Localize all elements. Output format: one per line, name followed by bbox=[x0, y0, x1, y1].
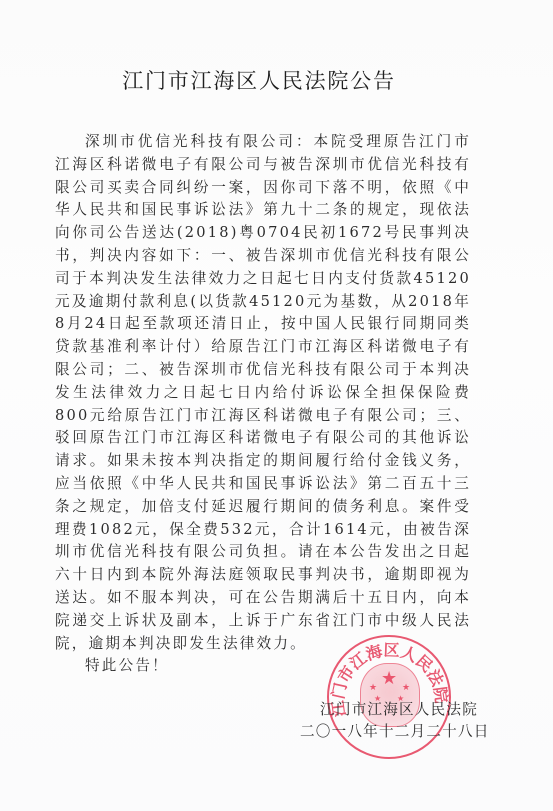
issue-date: 二〇一八年十二月二十八日 bbox=[300, 721, 478, 743]
issuer-name: 江门市江海区人民法院 bbox=[300, 699, 478, 721]
signature-block: 江门市江海区人民法院 二〇一八年十二月二十八日 bbox=[300, 699, 478, 743]
document-title: 江门市江海区人民法院公告 bbox=[0, 66, 518, 96]
announcement-paragraph: 深圳市优信光科技有限公司：本院受理原告江门市江海区科诺微电子有限公司与被告深圳市… bbox=[55, 131, 471, 655]
document-page: 江门市江海区人民法院公告 深圳市优信光科技有限公司：本院受理原告江门市江海区科诺… bbox=[0, 0, 553, 811]
document-body: 深圳市优信光科技有限公司：本院受理原告江门市江海区科诺微电子有限公司与被告深圳市… bbox=[55, 131, 471, 678]
